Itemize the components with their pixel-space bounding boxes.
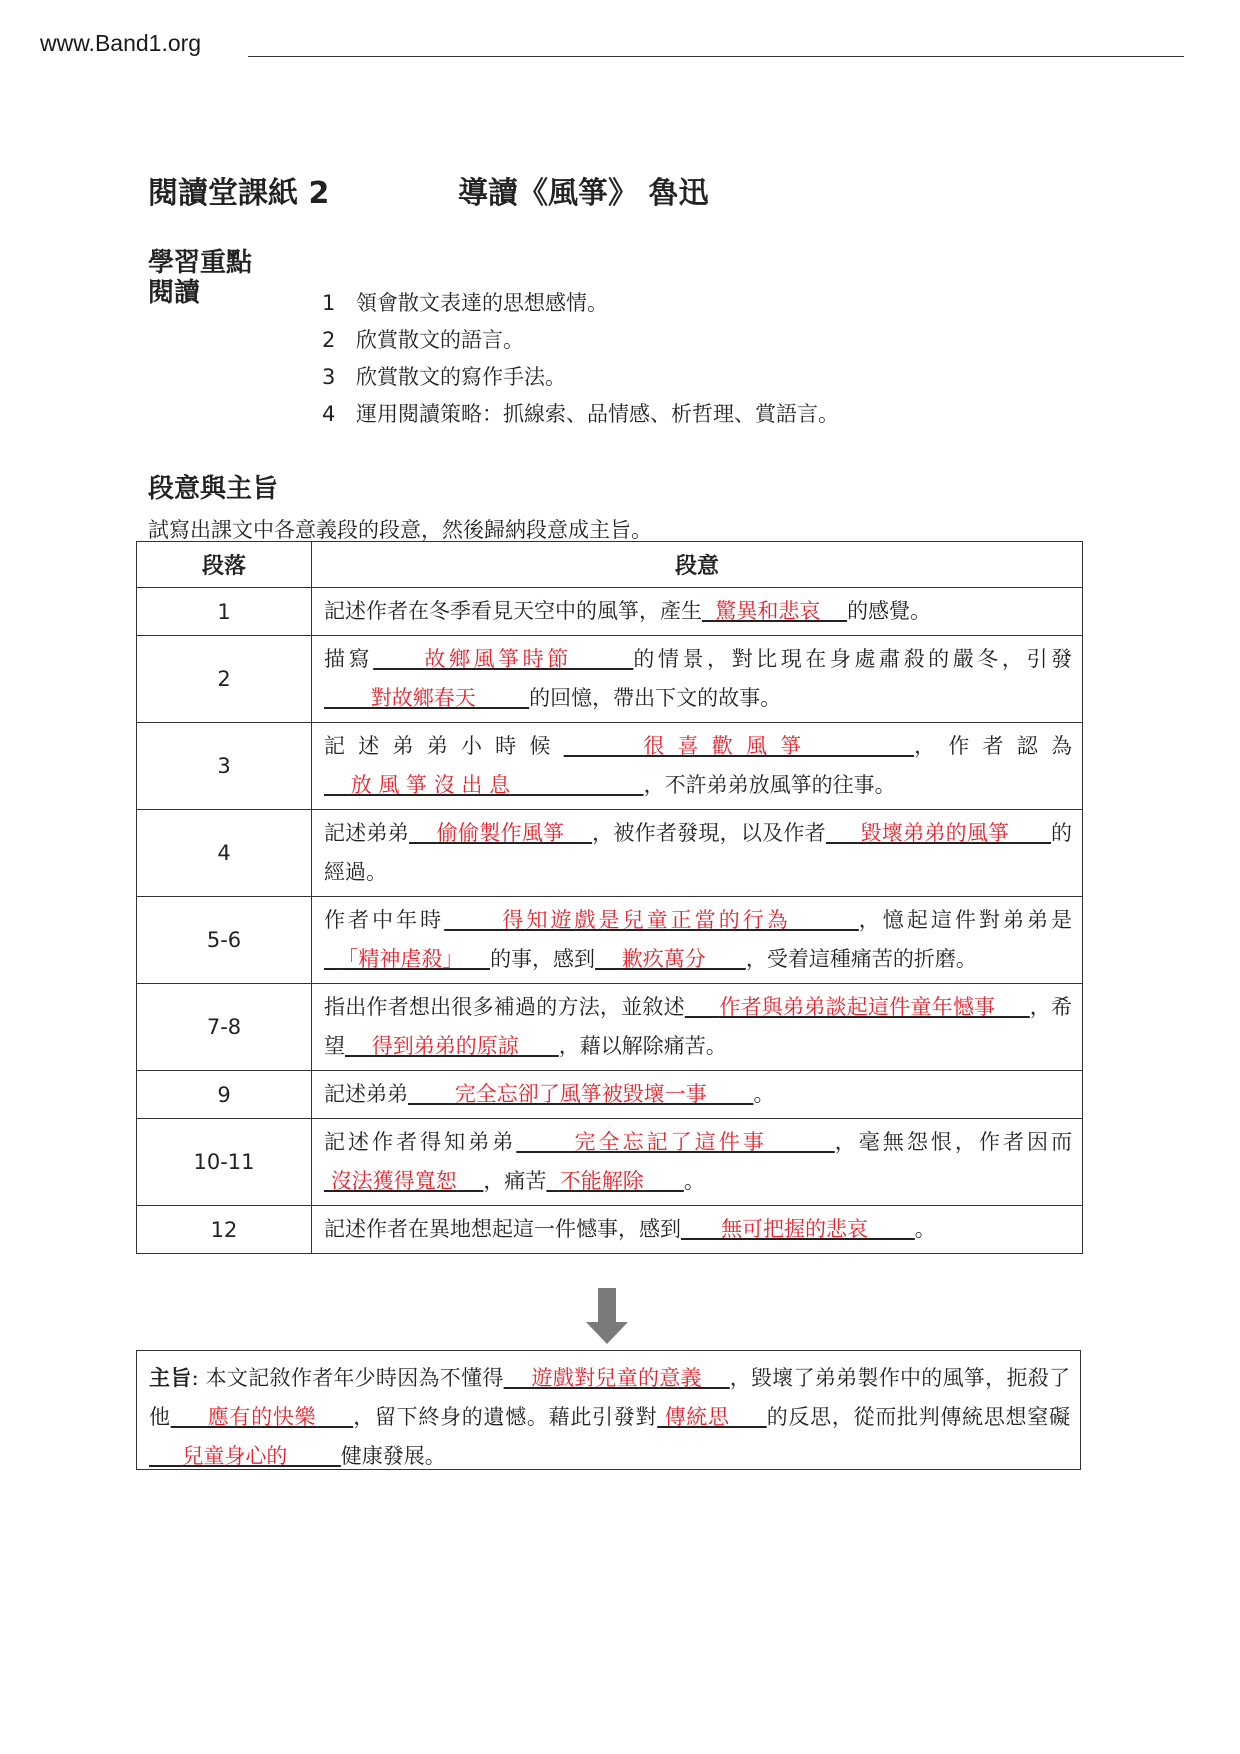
paragraph-summary: 記述弟弟小時候 很喜歡風箏 ，作者認為 放 風 箏 沒 出 息 ，不許弟弟放風箏… (312, 723, 1083, 810)
table-row: 12記述作者在異地想起這一件憾事，感到 無可把握的悲哀 。 (137, 1206, 1083, 1254)
answer-blank: 兒童身心的 (149, 1444, 341, 1468)
reading-subheading: 閱讀 (148, 278, 200, 308)
static-text: 記述作者得知弟弟 (324, 1130, 516, 1154)
static-text: 的情景，對比現在身處肅殺的嚴冬，引發 (633, 647, 1072, 671)
objectives-list: 1領會散文表達的思想感情。 2欣賞散文的語言。 3欣賞散文的寫作手法。 4運用閱… (322, 285, 839, 433)
static-text: 作者中年時 (324, 908, 444, 932)
table-row: 7-8指出作者想出很多補過的方法，並敘述 作者與弟弟談起這件童年憾事 ，希望 得… (137, 984, 1083, 1071)
paragraph-number: 10-11 (137, 1119, 312, 1206)
paragraph-summary: 作者中年時 得知遊戲是兒童正當的行為 ，憶起這件對弟弟是 「精神虐殺」 的事，感… (312, 897, 1083, 984)
lesson-title: 導讀《風箏》 魯迅 (458, 168, 708, 212)
answer-blank: 驚異和悲哀 (702, 599, 847, 623)
table-row: 1記述作者在冬季看見天空中的風箏，產生 驚異和悲哀 的感覺。 (137, 588, 1083, 636)
answer-blank: 沒法獲得寬恕 (324, 1169, 483, 1193)
objective-item: 1領會散文表達的思想感情。 (322, 285, 839, 322)
answer-blank: 不能解除 (546, 1169, 683, 1193)
answer-blank: 應有的快樂 (171, 1405, 353, 1429)
paragraph-number: 3 (137, 723, 312, 810)
answer-blank: 歉疚萬分 (595, 947, 746, 971)
answer-text: 遊戲對兒童的意義 (532, 1366, 702, 1390)
static-text: 記述弟弟 (324, 1082, 408, 1106)
answer-text: 完全忘卻了風箏被毀壞一事 (455, 1082, 707, 1106)
answer-blank: 放 風 箏 沒 出 息 (324, 773, 510, 797)
static-text: ，不許弟弟放風箏的往事。 (644, 773, 896, 797)
paragraph-summary: 指出作者想出很多補過的方法，並敘述 作者與弟弟談起這件童年憾事 ，希望 得到弟弟… (312, 984, 1083, 1071)
answer-blank: 無可把握的悲哀 (681, 1217, 915, 1241)
table-row: 5-6作者中年時 得知遊戲是兒童正當的行為 ，憶起這件對弟弟是 「精神虐殺」 的… (137, 897, 1083, 984)
static-text: 記述弟弟小時候 (324, 734, 564, 758)
static-text: 本文記敘作者年少時因為不懂得 (206, 1366, 504, 1390)
arrow-down-icon-head (586, 1322, 628, 1344)
table-row: 2描寫 故鄉風箏時節 的情景，對比現在身處肅殺的嚴冬，引發 對故鄉春天 的回憶，… (137, 636, 1083, 723)
answer-blank: 毀壞弟弟的風箏 (826, 821, 1051, 845)
section-heading: 段意與主旨 (148, 474, 278, 504)
paragraph-number: 1 (137, 588, 312, 636)
static-text: ，毫無怨恨，作者因而 (835, 1130, 1072, 1154)
paragraph-number: 12 (137, 1206, 312, 1254)
static-text: ，被作者發現，以及作者 (592, 821, 826, 845)
paragraph-summary: 記述作者得知弟弟 完全忘記了這件事 ，毫無怨恨，作者因而 沒法獲得寬恕 ，痛苦 … (312, 1119, 1083, 1206)
answer-text: 很喜歡風箏 (643, 734, 814, 758)
answer-text: 驚異和悲哀 (715, 599, 820, 623)
objective-item: 2欣賞散文的語言。 (322, 322, 839, 359)
answer-text: 放 風 箏 沒 出 息 (351, 773, 510, 797)
answer-text: 傳統思 (665, 1405, 730, 1429)
answer-blank: 故鄉風箏時節 (373, 647, 633, 671)
table-row: 3記述弟弟小時候 很喜歡風箏 ，作者認為 放 風 箏 沒 出 息 ，不許弟弟放風… (137, 723, 1083, 810)
answer-blank: 偷偷製作風箏 (409, 821, 592, 845)
static-text: 的回憶，帶出下文的故事。 (529, 686, 781, 710)
answer-blank: 得知遊戲是兒童正當的行為 (444, 908, 859, 932)
paragraph-summary: 描寫 故鄉風箏時節 的情景，對比現在身處肅殺的嚴冬，引發 對故鄉春天 的回憶，帶… (312, 636, 1083, 723)
paragraph-number: 4 (137, 810, 312, 897)
paragraph-number: 2 (137, 636, 312, 723)
answer-blank: 「精神虐殺」 (324, 947, 490, 971)
paragraph-summary: 記述弟弟 偷偷製作風箏 ，被作者發現，以及作者 毀壞弟弟的風箏 的經過。 (312, 810, 1083, 897)
answer-text: 沒法獲得寬恕 (331, 1169, 457, 1193)
objective-item: 4運用閱讀策略：抓線索、品情感、析哲理、賞語言。 (322, 396, 839, 433)
learning-focus-heading: 學習重點 (148, 248, 252, 278)
answer-text: 完全忘記了這件事 (575, 1130, 767, 1154)
static-text: 的事，感到 (490, 947, 595, 971)
answer-blank: 傳統思 (657, 1405, 767, 1429)
theme-text: 主旨: 本文記敘作者年少時因為不懂得 遊戲對兒童的意義 ，毀壞了弟弟製作中的風箏… (149, 1359, 1070, 1476)
answer-text: 得知遊戲是兒童正當的行為 (502, 908, 790, 932)
static-text: 的感覺。 (847, 599, 931, 623)
answer-text: 作者與弟弟談起這件童年憾事 (719, 995, 995, 1019)
static-text: 健康發展。 (341, 1444, 446, 1468)
static-text: ，憶起這件對弟弟是 (859, 908, 1072, 932)
table-row: 4記述弟弟 偷偷製作風箏 ，被作者發現，以及作者 毀壞弟弟的風箏 的經過。 (137, 810, 1083, 897)
paragraph-number: 7-8 (137, 984, 312, 1071)
paragraph-summary: 記述作者在異地想起這一件憾事，感到 無可把握的悲哀 。 (312, 1206, 1083, 1254)
answer-text: 得到弟弟的原諒 (372, 1034, 519, 1058)
answer-text: 歉疚萬分 (622, 947, 706, 971)
paragraph-number: 5-6 (137, 897, 312, 984)
answer-text: 無可把握的悲哀 (721, 1217, 868, 1241)
column-header-summary: 段意 (312, 542, 1083, 588)
paragraph-number: 9 (137, 1071, 312, 1119)
answer-blank: 對故鄉春天 (324, 686, 529, 710)
answer-text: 應有的快樂 (208, 1405, 317, 1429)
static-text: 。 (753, 1082, 774, 1106)
answer-text: 不能解除 (560, 1169, 644, 1193)
arrow-down-icon (598, 1288, 616, 1324)
static-text: 的反思，從而批判傳統思想窒礙 (767, 1405, 1070, 1429)
static-text: ，受着這種痛苦的折磨。 (746, 947, 977, 971)
answer-text: 毀壞弟弟的風箏 (861, 821, 1010, 845)
column-header-paragraph: 段落 (137, 542, 312, 588)
paragraph-summary-table: 段落 段意 1記述作者在冬季看見天空中的風箏，產生 驚異和悲哀 的感覺。2描寫 … (136, 541, 1083, 1254)
objective-item: 3欣賞散文的寫作手法。 (322, 359, 839, 396)
static-text: ，痛苦 (483, 1169, 546, 1193)
static-text: 記述作者在異地想起這一件憾事，感到 (324, 1217, 681, 1241)
section-instruction: 試寫出課文中各意義段的段意，然後歸納段意成主旨。 (148, 514, 652, 544)
static-text: ，藉以解除痛苦。 (559, 1034, 727, 1058)
theme-box: 主旨: 本文記敘作者年少時因為不懂得 遊戲對兒童的意義 ，毀壞了弟弟製作中的風箏… (136, 1350, 1081, 1470)
answer-blank: 很喜歡風箏 (564, 734, 914, 758)
answer-text: 偷偷製作風箏 (437, 821, 565, 845)
answer-text: 「精神虐殺」 (337, 947, 463, 971)
table-row: 9記述弟弟 完全忘卻了風箏被毀壞一事 。 (137, 1071, 1083, 1119)
static-text: 指出作者想出很多補過的方法，並敘述 (324, 995, 685, 1019)
theme-label: 主旨 (149, 1366, 192, 1390)
answer-blank: 作者與弟弟談起這件童年憾事 (685, 995, 1030, 1019)
answer-blank: 完全忘卻了風箏被毀壞一事 (408, 1082, 753, 1106)
paragraph-summary: 記述弟弟 完全忘卻了風箏被毀壞一事 。 (312, 1071, 1083, 1119)
answer-blank (510, 773, 644, 797)
static-text: ，留下終身的遺憾。藉此引發對 (353, 1405, 657, 1429)
answer-text: 兒童身心的 (182, 1444, 287, 1468)
answer-blank: 完全忘記了這件事 (516, 1130, 834, 1154)
static-text: 記述弟弟 (324, 821, 409, 845)
answer-text: 對故鄉春天 (371, 686, 476, 710)
static-text: 描寫 (324, 647, 373, 671)
static-text: ，作者認為 (914, 734, 1072, 758)
answer-blank: 遊戲對兒童的意義 (504, 1366, 730, 1390)
static-text: 。 (915, 1217, 936, 1241)
site-url: www.Band1.org (40, 30, 201, 57)
table-row: 10-11記述作者得知弟弟 完全忘記了這件事 ，毫無怨恨，作者因而 沒法獲得寬恕… (137, 1119, 1083, 1206)
answer-blank: 得到弟弟的原諒 (345, 1034, 559, 1058)
answer-text: 故鄉風箏時節 (424, 647, 571, 671)
static-text: 記述作者在冬季看見天空中的風箏，產生 (324, 599, 702, 623)
header-rule (248, 56, 1184, 57)
worksheet-title: 閱讀堂課紙 2 (148, 168, 329, 212)
static-text: 。 (684, 1169, 705, 1193)
paragraph-summary: 記述作者在冬季看見天空中的風箏，產生 驚異和悲哀 的感覺。 (312, 588, 1083, 636)
